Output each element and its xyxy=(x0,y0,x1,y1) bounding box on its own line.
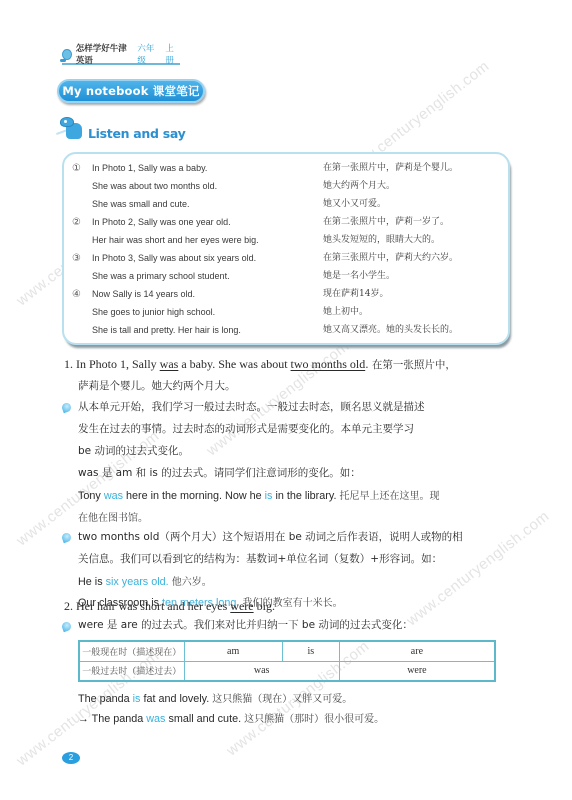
dialog-line: ① In Photo 1, Sally was a baby. 在第一张照片中，… xyxy=(64,160,508,177)
table-row: 一般现在时（描述现在） am is are xyxy=(79,641,495,661)
arrow-icon: → xyxy=(78,713,92,725)
dialog-zh: 在第一张照片中，萨莉是个婴儿。 xyxy=(323,160,458,177)
example-past: → The panda was small and cute. 这只熊猫（那时）… xyxy=(78,710,384,725)
row-label: 一般过去时（描述过去） xyxy=(79,661,184,681)
text: 1. In Photo 1, Sally xyxy=(64,357,160,371)
text: small and cute. xyxy=(165,713,244,725)
dialog-en: In Photo 3, Sally was about six years ol… xyxy=(92,250,256,267)
translation: 他六岁。 xyxy=(169,577,212,588)
translation: 这只熊猫（现在）又胖又可爱。 xyxy=(212,694,352,705)
text: . 在第一张照片中， xyxy=(365,359,456,371)
magnifier-icon xyxy=(62,49,72,60)
note-2-line: 关信息。我们可以看到它的结构为：基数词+单位名词（复数）+形容词。如： xyxy=(78,551,442,566)
underlined-word: were xyxy=(230,599,253,613)
translation: 托尼早上还在这里。现 xyxy=(339,491,439,502)
note-1-example: Tony was here in the morning. Now he is … xyxy=(78,487,439,502)
book-title: 怎样学好牛津英语 xyxy=(76,42,135,66)
dialog-box: ① In Photo 1, Sally was a baby. 在第一张照片中，… xyxy=(62,152,510,345)
dialog-en: She was about two months old. xyxy=(92,178,217,195)
dialog-zh: 她上初中。 xyxy=(323,304,368,321)
text: fat and lovely. xyxy=(140,693,212,705)
dialog-line: ③ In Photo 3, Sally was about six years … xyxy=(64,250,508,267)
dialog-en: She goes to junior high school. xyxy=(92,304,215,321)
item-number: ③ xyxy=(72,250,81,267)
table-cell: am xyxy=(184,641,282,661)
text: big. xyxy=(254,599,275,613)
page-header: 怎样学好牛津英语 六年级 上册 xyxy=(62,45,180,65)
text: Tony xyxy=(78,490,104,502)
dialog-en: She was small and cute. xyxy=(92,196,190,213)
text: here in the morning. Now he xyxy=(123,490,265,502)
highlight-word: was xyxy=(146,713,165,725)
dialog-line: ② In Photo 2, Sally was one year old. 在第… xyxy=(64,214,508,231)
point-1-translation: 萨莉是个婴儿。她大约两个月大。 xyxy=(78,378,236,393)
dialog-zh: 她是一名小学生。 xyxy=(323,268,395,285)
dialog-line: She was about two months old. 她大约两个月大。 xyxy=(64,178,508,195)
underlined-word: was xyxy=(160,357,179,371)
text: He is xyxy=(78,576,106,588)
dialog-line: ④ Now Sally is 14 years old. 现在萨莉14岁。 xyxy=(64,286,508,303)
note-bullet-icon xyxy=(61,621,73,633)
dialog-line: She goes to junior high school. 她上初中。 xyxy=(64,304,508,321)
text: The panda xyxy=(78,693,133,705)
volume-label: 上册 xyxy=(165,42,180,66)
section-heading: Listen and say xyxy=(56,117,185,141)
highlight-phrase: six years old. xyxy=(106,576,169,588)
page-number: 2 xyxy=(62,752,80,764)
dialog-en: She is tall and pretty. Her hair is long… xyxy=(92,322,241,339)
dialog-line: Her hair was short and her eyes were big… xyxy=(64,232,508,249)
dialog-zh: 在第二张照片中，萨莉一岁了。 xyxy=(323,214,449,231)
text: 2. Her hair was short and her eyes xyxy=(64,599,230,613)
note-2-example: He is six years old. 他六岁。 xyxy=(78,573,212,588)
table-cell: is xyxy=(282,641,339,661)
item-number: ① xyxy=(72,160,81,177)
notebook-banner: My notebook 课堂笔记 xyxy=(57,79,205,103)
example-present: The panda is fat and lovely. 这只熊猫（现在）又胖又… xyxy=(78,690,352,705)
dialog-zh: 她又小又可爱。 xyxy=(323,196,386,213)
table-cell: were xyxy=(339,661,495,681)
note-1-line: be 动词的过去式变化。 xyxy=(78,443,189,458)
underlined-phrase: two months old xyxy=(291,357,366,371)
note-1-example-translation: 在他在图书馆。 xyxy=(78,509,148,524)
dialog-zh: 现在萨莉14岁。 xyxy=(323,286,388,303)
point-2-sentence: 2. Her hair was short and her eyes were … xyxy=(64,599,275,614)
translation: 这只熊猫（那时）很小很可爱。 xyxy=(244,714,384,725)
dialog-line: She was a primary school student. 她是一名小学… xyxy=(64,268,508,285)
mascot-icon xyxy=(56,117,86,141)
note-bullet-icon xyxy=(61,402,73,414)
dialog-en: In Photo 2, Sally was one year old. xyxy=(92,214,231,231)
point-1-sentence: 1. In Photo 1, Sally was a baby. She was… xyxy=(64,357,456,372)
notebook-banner-label: My notebook 课堂笔记 xyxy=(62,83,199,99)
dialog-zh: 她又高又漂亮。她的头发长长的。 xyxy=(323,322,458,339)
note-3-line: were 是 are 的过去式。我们来对比并归纳一下 be 动词的过去式变化： xyxy=(78,617,413,632)
text: a baby. She was about xyxy=(178,357,290,371)
dialog-en: In Photo 1, Sally was a baby. xyxy=(92,160,207,177)
note-bullet-icon xyxy=(61,532,73,544)
text: The panda xyxy=(92,713,147,725)
note-1-line: 从本单元开始，我们学习一般过去时态。一般过去时态，顾名思义就是描述 xyxy=(78,399,425,414)
dialog-line: She was small and cute. 她又小又可爱。 xyxy=(64,196,508,213)
be-verb-table: 一般现在时（描述现在） am is are 一般过去时（描述过去） was we… xyxy=(78,640,496,682)
item-number: ④ xyxy=(72,286,81,303)
note-1-line: was 是 am 和 is 的过去式。请同学们注意词形的变化。如： xyxy=(78,465,361,480)
dialog-zh: 她大约两个月大。 xyxy=(323,178,395,195)
item-number: ② xyxy=(72,214,81,231)
dialog-zh: 在第三张照片中，萨莉大约六岁。 xyxy=(323,250,458,267)
note-1-line: 发生在过去的事情。过去时态的动词形式是需要变化的。本单元主要学习 xyxy=(78,421,414,436)
grade-label: 六年级 xyxy=(137,42,159,66)
dialog-zh: 她头发短短的，眼睛大大的。 xyxy=(323,232,440,249)
watermark: www.centuryenglish.com xyxy=(403,508,552,630)
dialog-en: She was a primary school student. xyxy=(92,268,230,285)
text: in the library. xyxy=(272,490,339,502)
dialog-line: She is tall and pretty. Her hair is long… xyxy=(64,322,508,339)
row-label: 一般现在时（描述现在） xyxy=(79,641,184,661)
note-2-line: two months old（两个月大）这个短语用在 be 动词之后作表语，说明… xyxy=(78,529,463,544)
table-cell: was xyxy=(184,661,339,681)
table-cell: are xyxy=(339,641,495,661)
highlight-word: was xyxy=(104,490,123,502)
section-title: Listen and say xyxy=(88,126,185,141)
dialog-en: Now Sally is 14 years old. xyxy=(92,286,195,303)
table-row: 一般过去时（描述过去） was were xyxy=(79,661,495,681)
dialog-en: Her hair was short and her eyes were big… xyxy=(92,232,259,249)
